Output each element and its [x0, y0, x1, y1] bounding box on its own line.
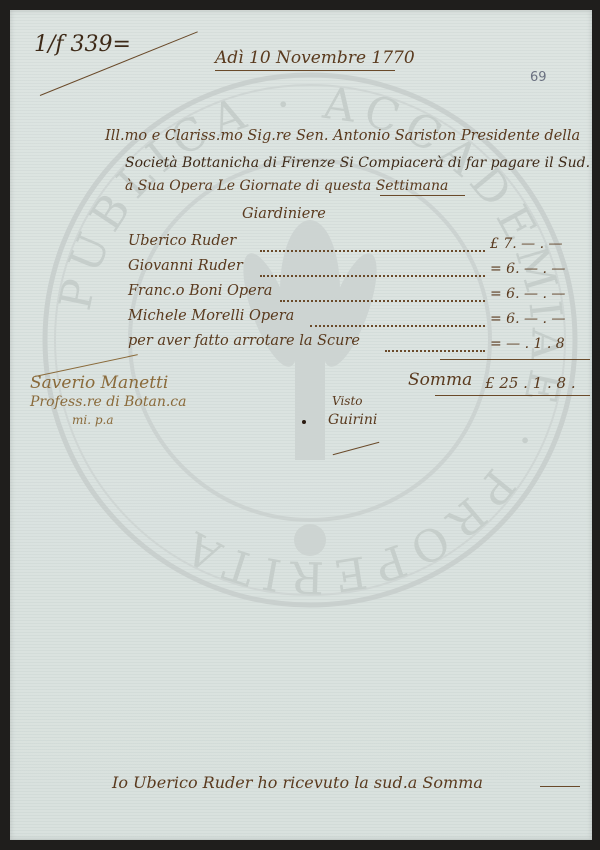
entry-amount: £ 7. — . — [490, 236, 563, 252]
visa-line-2: Guirini [328, 412, 377, 428]
entry-amount: = 6. — . — [490, 261, 565, 277]
entry-amount: = — . 1 . 8 [490, 336, 565, 352]
entry-name: Michele Morelli Opera [128, 308, 294, 324]
leader-dots [310, 325, 485, 327]
section-heading: Giardiniere [242, 206, 326, 222]
salutation-line-2: Società Bottanicha di Firenze Si Compiac… [125, 155, 590, 171]
manuscript-page: PUBLICA · ACCADEMIAE · PROPERITA 1/f 339… [10, 10, 592, 840]
entry-name: Franc.o Boni Opera [128, 283, 272, 299]
entry-amount: = 6. — . — [490, 311, 565, 327]
entry-name: Giovanni Ruder [128, 258, 243, 274]
ink-dot [302, 420, 306, 424]
receipt-line-tail [540, 786, 580, 787]
leader-dots [385, 350, 485, 352]
date-line: Adì 10 Novembre 1770 [215, 48, 415, 68]
signature-line-3: mi. p.a [72, 413, 114, 427]
salutation-line-1: Ill.mo e Clariss.mo Sig.re Sen. Antonio … [105, 128, 580, 144]
leader-dots [260, 250, 485, 252]
signature-line-2: Profess.re di Botan.ca [30, 394, 187, 410]
visa-flourish [333, 442, 380, 455]
archive-number: 1/f 339= [34, 32, 131, 57]
total-amount: £ 25 . 1 . 8 . [485, 374, 576, 392]
entry-name: per aver fatto arrotare la Scure [128, 333, 360, 349]
entry-amount: = 6. — . — [490, 286, 565, 302]
total-rule-bottom [435, 395, 590, 396]
leader-dots [280, 300, 485, 302]
page-number: 69 [530, 70, 547, 85]
total-rule-top [440, 359, 590, 360]
salutation-line-3: à Sua Opera Le Giornate di questa Settim… [125, 178, 448, 194]
visa-line-1: Visto [332, 394, 363, 408]
date-underline [215, 70, 395, 71]
leader-dots [260, 275, 485, 277]
total-label: Somma [408, 370, 472, 390]
receipt-line: Io Uberico Ruder ho ricevuto la sud.a So… [112, 773, 483, 792]
salutation-underline [380, 195, 465, 196]
entry-name: Uberico Ruder [128, 233, 236, 249]
signature-line-1: Saverio Manetti [30, 373, 168, 393]
